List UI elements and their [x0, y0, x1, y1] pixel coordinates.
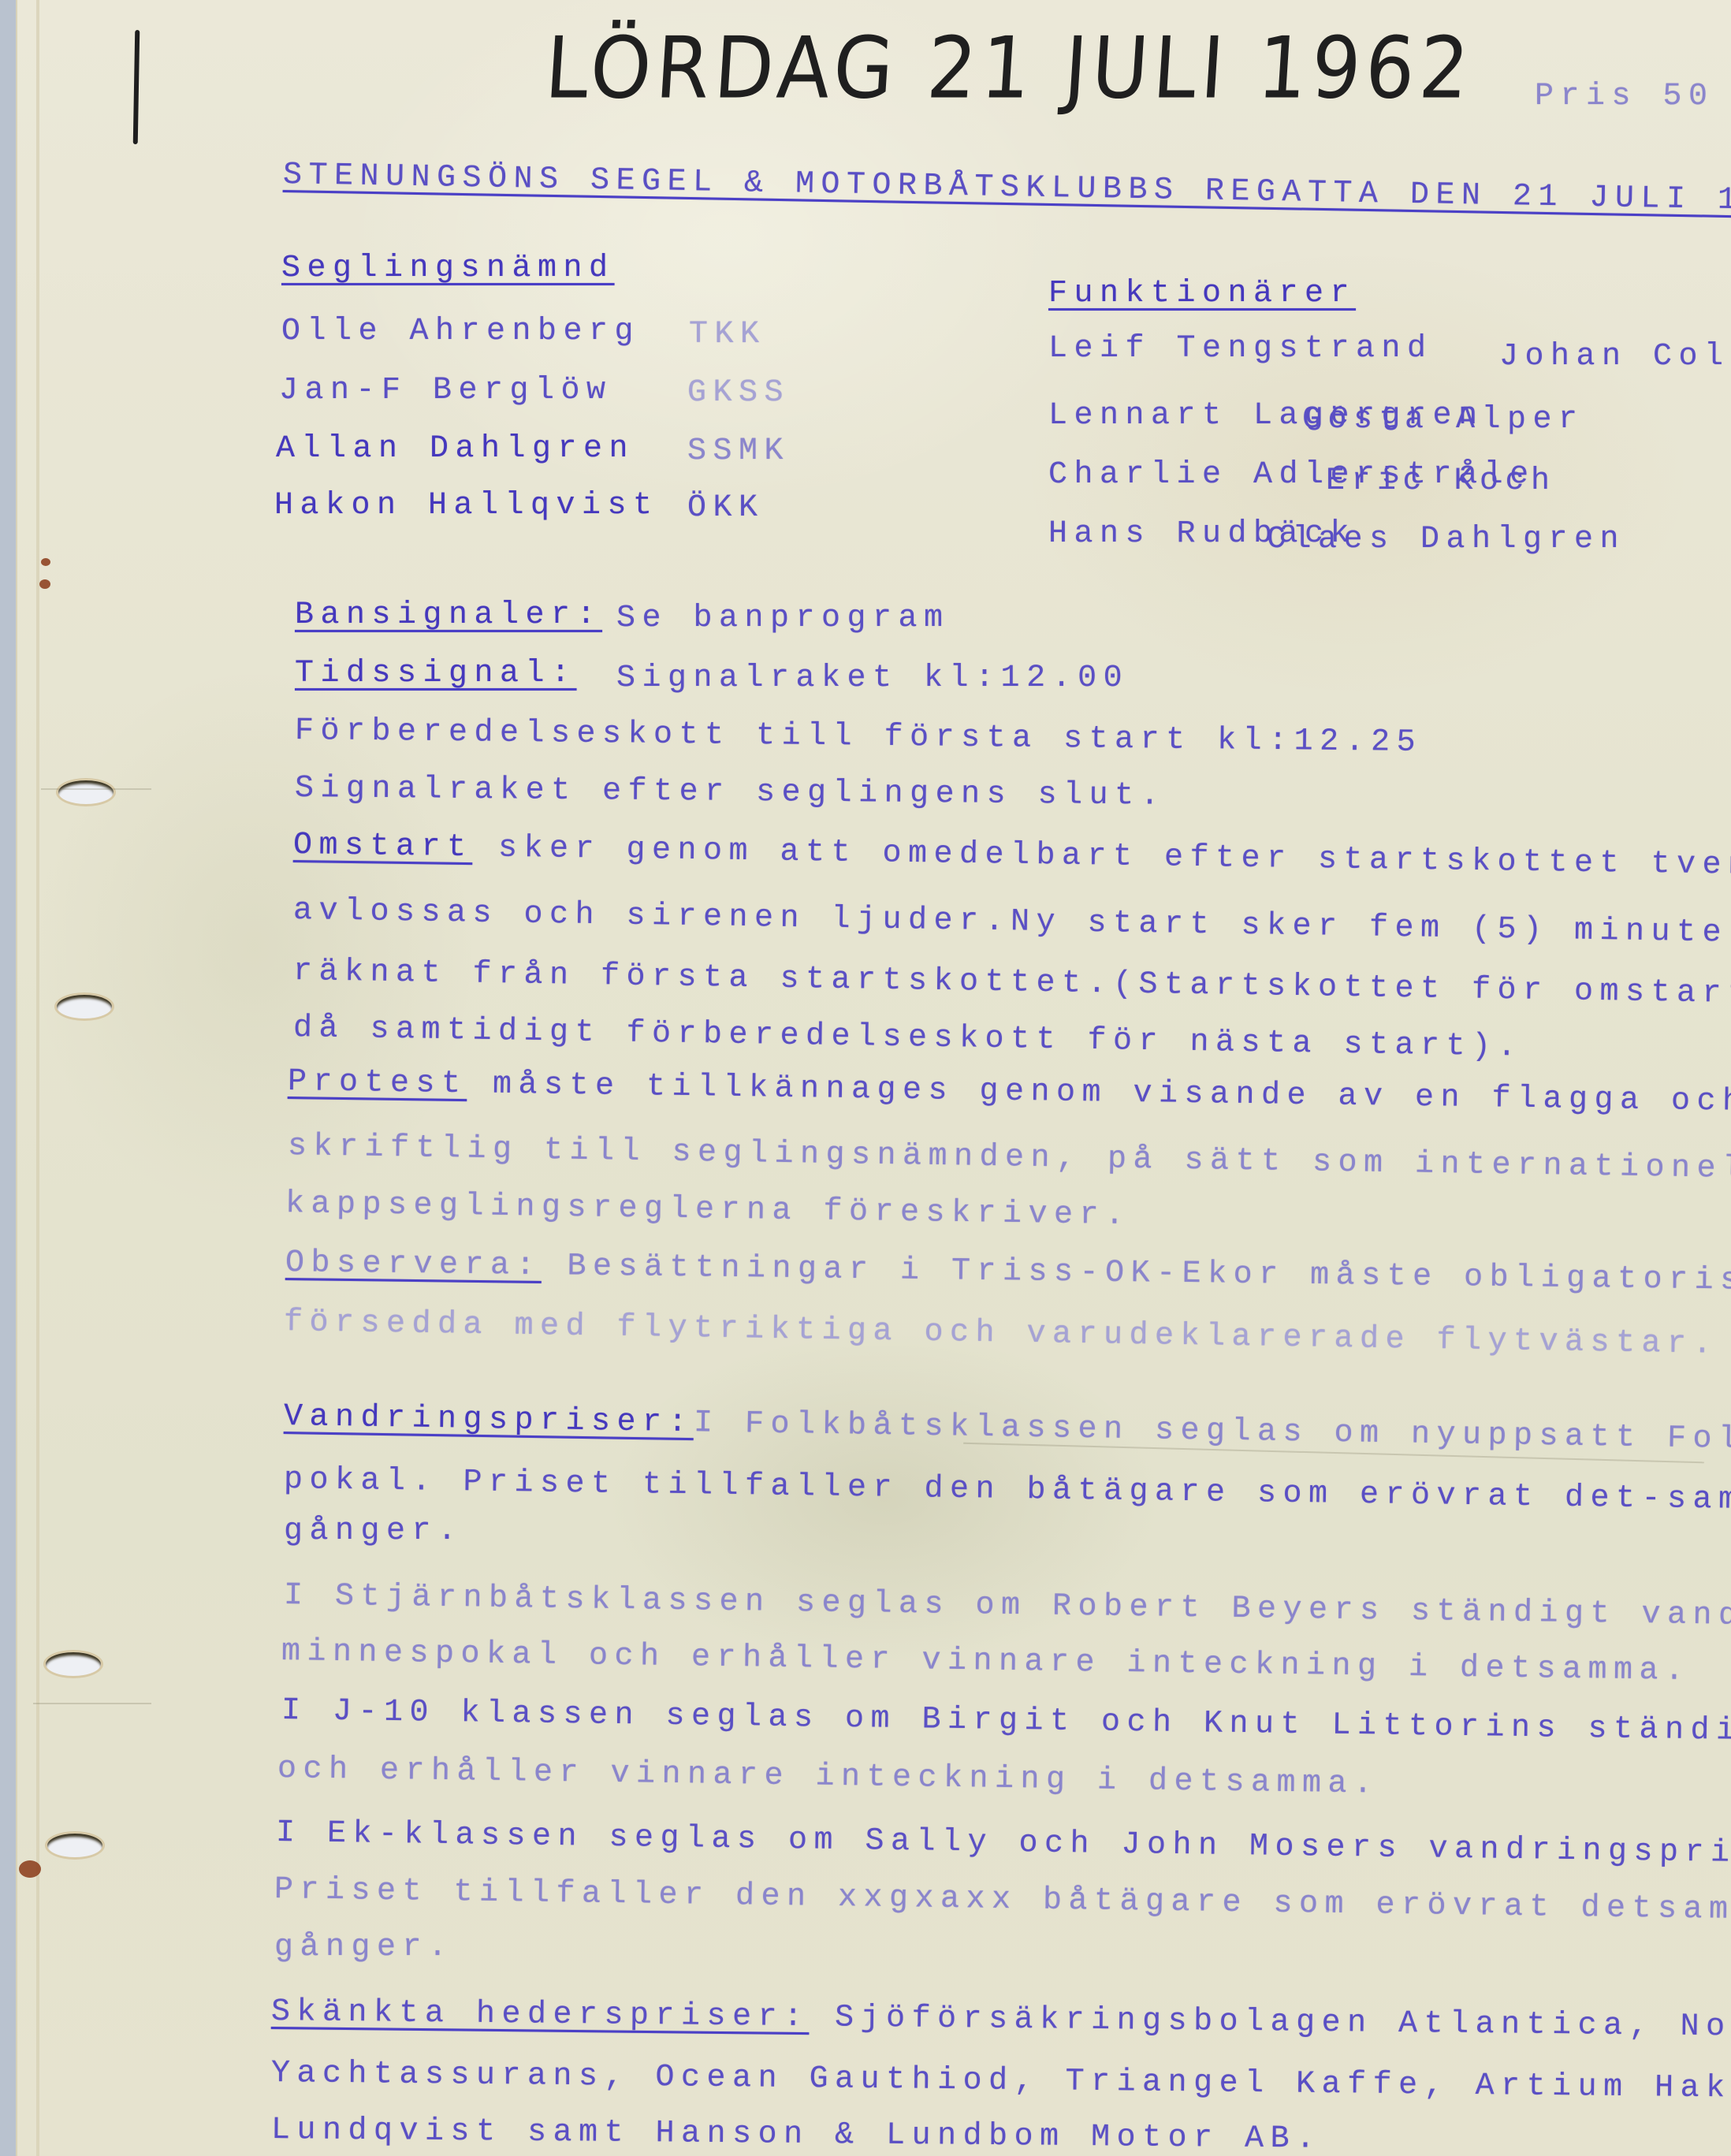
protest-label: Protest	[288, 1064, 467, 1102]
official-name: Eric Koch	[1326, 464, 1557, 499]
observera-paragraph-line: försedda med flytriktiga och varudeklare…	[284, 1305, 1719, 1363]
committee-member-name: Jan-F Berglöw	[279, 373, 612, 408]
finish-signal-line: Signalraket efter seglingens slut.	[295, 771, 1166, 814]
binder-hole-icon	[58, 780, 114, 804]
omstart-label: Omstart	[293, 828, 473, 866]
vandringspriser-paragraph-line: Priset tillfaller den xxgxaxx båtägare s…	[274, 1872, 1731, 1929]
observera-label: Observera:	[285, 1246, 542, 1284]
funktionarer-heading: Funktionärer	[1048, 276, 1356, 311]
vandringspriser-paragraph-line: I Ek-klassen seglas om Sally och John Mo…	[276, 1815, 1731, 1872]
tidssignal-value: Signalraket kl:12.00	[616, 661, 1129, 696]
rust-stain	[39, 579, 50, 589]
bansignaler-value: Se banprogram	[616, 601, 950, 636]
hederspriser-paragraph-line: Skänkta hederspriser: Sjöförsäkringsbola…	[271, 1994, 1731, 2046]
hederspriser-paragraph-line: Yachtassurans, Ocean Gauthiod, Triangel …	[271, 2056, 1731, 2107]
paper-crease	[33, 1703, 151, 1704]
price-label: Pris 50	[1535, 79, 1714, 114]
official-name: Johan Colli	[1499, 339, 1731, 374]
document-page: LÖRDAG 21 JULI 1962 Pris 50 STENUNGSÖNS …	[16, 0, 1731, 2156]
rust-stain	[19, 1860, 41, 1878]
vandringspriser-label: Vandringspriser:	[284, 1399, 694, 1441]
official-name: Claes Dahlgren	[1267, 522, 1625, 557]
binder-hole-icon	[47, 1834, 102, 1857]
vandringspriser-paragraph-line: Vandringspriser:I Folkbåtsklassen seglas…	[284, 1399, 1731, 1459]
vandringspriser-paragraph-line: I J-10 klassen seglas om Birgit och Knut…	[281, 1693, 1731, 1750]
regatta-header: STENUNGSÖNS SEGEL & MOTORBÅTSKLUBBS REGA…	[283, 158, 1731, 220]
omstart-paragraph-line: avlossas och sirenen ljuder.Ny start ske…	[293, 893, 1731, 953]
bansignaler-label: Bansignaler:	[295, 598, 602, 633]
hederspriser-paragraph-line: Lundqvist samt Hanson & Lundbom Motor AB…	[271, 2113, 1322, 2156]
paper-crease	[41, 788, 151, 790]
official-name: Gösta Alper	[1302, 402, 1584, 438]
seglingsnamnd-heading: Seglingsnämnd	[281, 251, 615, 286]
hederspriser-label: Skänkta hederspriser:	[271, 1994, 810, 2035]
committee-member-name: Olle Ahrenberg	[281, 314, 640, 349]
committee-member-club: GKSS	[687, 375, 790, 411]
vandringspriser-paragraph-line: och erhåller vinnare inteckning i detsam…	[277, 1752, 1379, 1803]
omstart-paragraph-line: räknat från första startskottet.(Startsk…	[293, 954, 1731, 1013]
vandringspriser-paragraph-line: gånger.	[284, 1514, 463, 1549]
vandringspriser-paragraph-line: minnespokal och erhåller vinnare inteckn…	[281, 1634, 1691, 1689]
vandringspriser-paragraph-line: gånger.	[274, 1930, 454, 1965]
rust-stain	[41, 558, 50, 566]
handwritten-date-title: LÖRDAG 21 JULI 1962	[542, 19, 1476, 117]
committee-member-club: TKK	[689, 317, 766, 352]
protest-paragraph-line: Protest måste tillkännages genom visande…	[288, 1064, 1731, 1121]
binder-hole-icon	[57, 995, 112, 1018]
tidssignal-label: Tidssignal:	[295, 656, 577, 691]
committee-member-name: Hakon Hallqvist	[274, 488, 659, 523]
protest-paragraph-line: kappseglingsreglerna föreskriver.	[285, 1186, 1131, 1234]
omstart-paragraph-line: Omstart sker genom att omedelbart efter …	[293, 828, 1731, 884]
official-name: Leif Tengstrand	[1048, 331, 1433, 367]
protest-paragraph-line: skriftlig till seglingsnämnden, på sätt …	[288, 1129, 1731, 1188]
committee-member-name: Allan Dahlgren	[276, 431, 635, 467]
preparatory-signal-line: Förberedelseskott till första start kl:1…	[295, 713, 1423, 761]
committee-member-club: ÖKK	[687, 490, 765, 526]
binder-hole-icon	[46, 1652, 101, 1676]
omstart-paragraph-line: då samtidigt förberedelseskott för nästa…	[293, 1011, 1524, 1066]
vandringspriser-paragraph-line: I Stjärnbåtsklassen seglas om Robert Bey…	[284, 1578, 1731, 1635]
observera-paragraph-line: Observera: Besättningar i Triss-OK-Ekor …	[285, 1246, 1731, 1299]
page-edge	[36, 0, 39, 2156]
vandringspriser-paragraph-line: pokal. Priset tillfaller den båtägare so…	[284, 1462, 1731, 1519]
handwritten-margin-mark	[133, 30, 140, 144]
committee-member-club: SSMK	[687, 434, 790, 469]
